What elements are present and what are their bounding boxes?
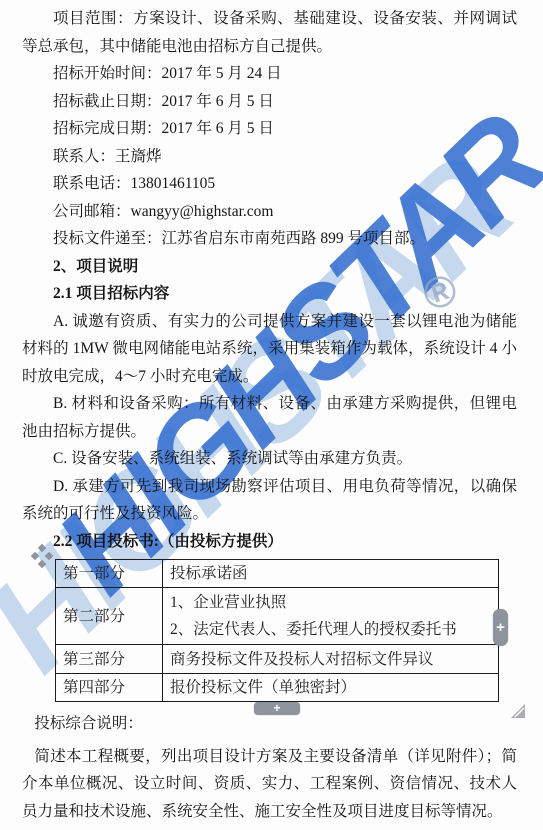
paragraph-company-email: 公司邮箱：wangyy@highstar.com [22,198,517,226]
table-cell-line: 1、企业营业执照 [170,589,491,616]
table-move-handle-icon[interactable] [31,544,53,568]
paragraph-project-scope: 项目范围：方案设计、设备采购、基础建设、设备安装、并网调试等总承包，其中储能电池… [22,5,517,60]
paragraph-tender-deadline: 招标截止日期：2017 年 6 月 5 日 [22,88,517,116]
document-page: HIGHSTAR HIGHSTAR ® 项目范围：方案设计、设备采购、基础建设、… [0,0,543,830]
paragraph-summary-body: 简述本工程概要，列出项目设计方案及主要设备清单（详见附件）；简介本单位概况、设立… [22,743,517,826]
table-resize-handle-icon[interactable] [511,704,525,718]
paragraph-tender-finish-date: 招标完成日期：2017 年 6 月 5 日 [22,115,517,143]
table-cell-line: 2、法定代表人、委托代理人的授权委托书 [170,616,491,643]
heading-tender-content: 2.1 项目招标内容 [22,280,517,308]
table-row: 第四部分 报价投标文件（单独密封） [56,674,499,702]
paragraph-tender-start-time: 招标开始时间：2017 年 5 月 24 日 [22,60,517,88]
paragraph-item-c: C. 设备安装、系统组装、系统调试等由承建方负责。 [22,445,517,473]
table-cell-part-1: 第一部分 [56,560,163,588]
table-cell-content-2: 1、企业营业执照 2、法定代表人、委托代理人的授权委托书 [163,588,499,645]
paragraph-item-d: D. 承建方可先到我司现场勘察评估项目、用电负荷等情况，以确保系统的可行性及投资… [22,473,517,528]
table-row: 第三部分 商务投标文件及投标人对招标文件异议 [56,645,499,674]
table-cell-content-4: 报价投标文件（单独密封） [163,674,499,702]
paragraph-item-a: A. 诚邀有资质、有实力的公司提供方案并建设一套以锂电池为储能材料的 1MW 微… [22,308,517,391]
table-cell-part-4: 第四部分 [56,674,163,702]
table-row: 第一部分 投标承诺函 [56,560,499,588]
table-cell-content-3: 商务投标文件及投标人对招标文件异议 [163,645,499,674]
table-cell-part-2: 第二部分 [56,588,163,645]
bid-parts-table: 第一部分 投标承诺函 第二部分 1、企业营业执照 2、法定代表人、委托代理人的授… [55,559,499,702]
heading-project-description: 2、项目说明 [22,253,517,281]
paragraph-bid-delivery-address: 投标文件递至：江苏省启东市南苑西路 899 号项目部。 [22,225,517,253]
table-cell-content-1: 投标承诺函 [163,560,499,588]
add-row-button[interactable]: + [254,702,300,715]
bid-parts-table-grid: 第一部分 投标承诺函 第二部分 1、企业营业执照 2、法定代表人、委托代理人的授… [55,559,499,702]
document-body: 项目范围：方案设计、设备采购、基础建设、设备安装、并网调试等总承包，其中储能电池… [0,0,543,825]
paragraph-contact-person: 联系人：王旖烨 [22,143,517,171]
paragraph-item-b: B. 材料和设备采购：所有材料、设备、由承建方采购提供，但锂电池由招标方提供。 [22,390,517,445]
add-column-button[interactable]: + [493,609,508,646]
table-cell-part-3: 第三部分 [56,645,163,674]
heading-bid-document: 2.2 项目投标书:（由投标方提供） [22,528,517,556]
table-row: 第二部分 1、企业营业执照 2、法定代表人、委托代理人的授权委托书 [56,588,499,645]
paragraph-contact-phone: 联系电话：13801461105 [22,170,517,198]
